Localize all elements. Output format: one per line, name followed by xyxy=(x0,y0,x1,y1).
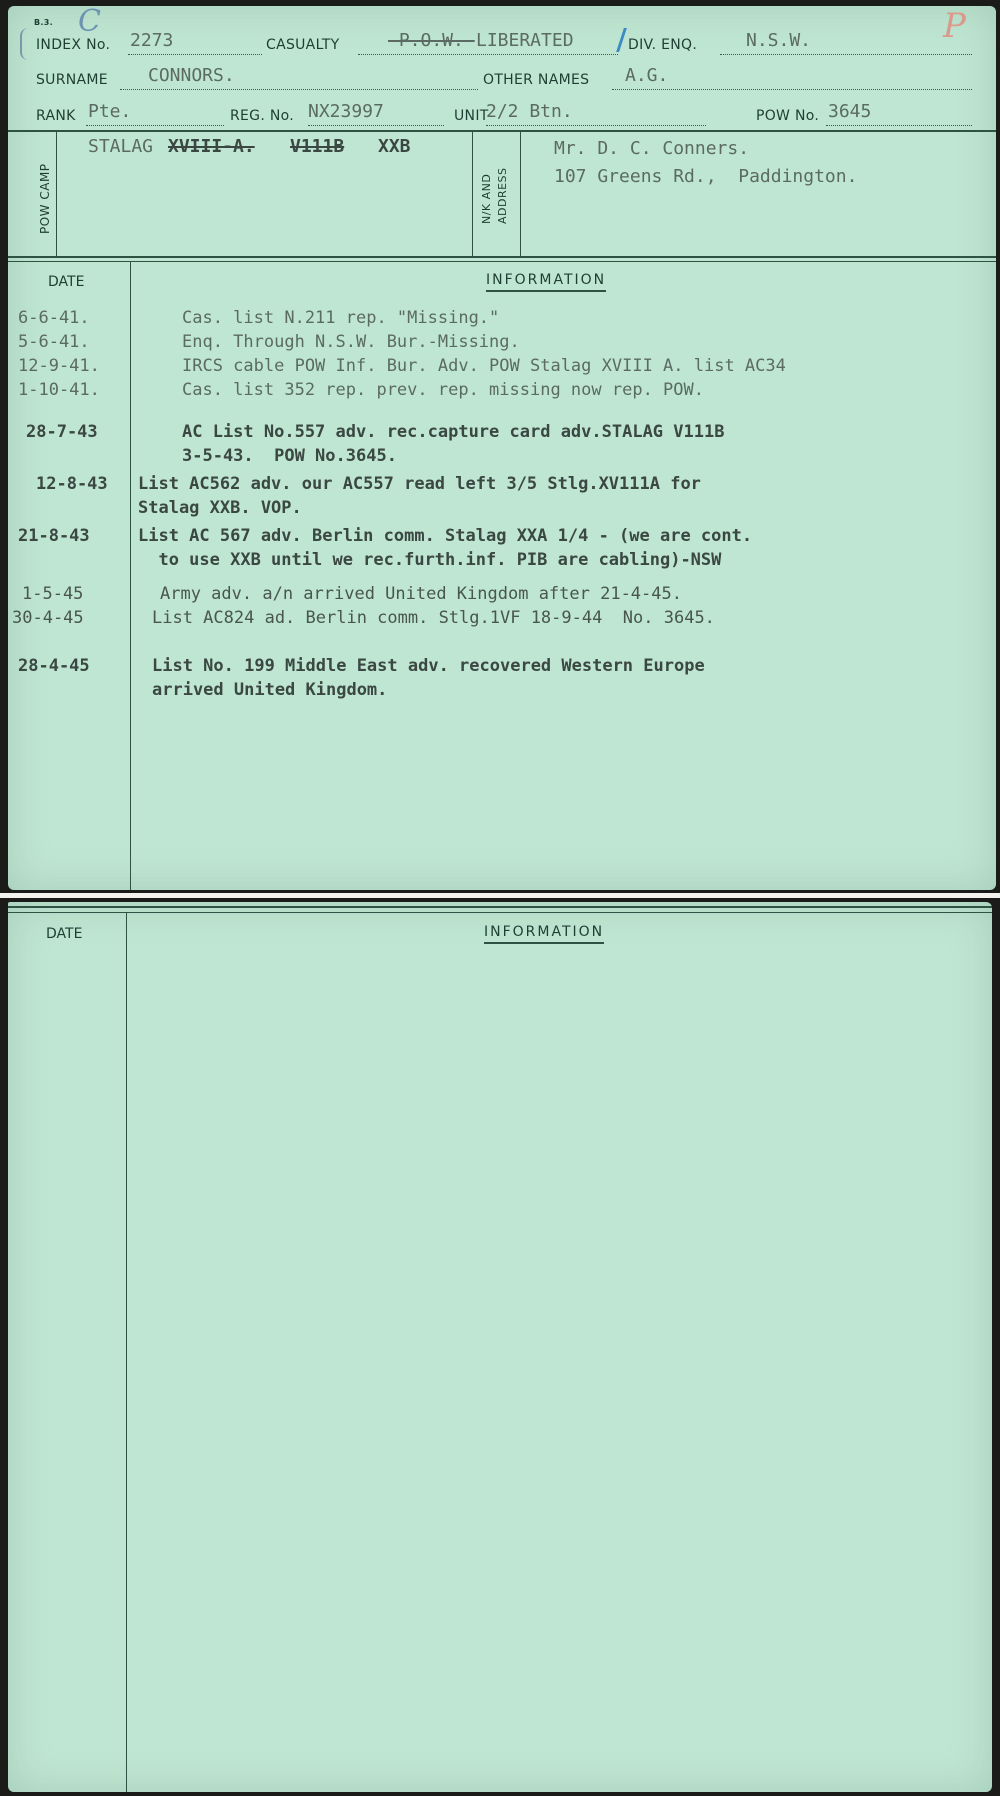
entry-date: 28-4-45 xyxy=(18,656,90,676)
index-no-value: 2273 xyxy=(130,30,173,51)
entry-text: Enq. Through N.S.W. Bur.-Missing. xyxy=(182,332,520,352)
rank-label: RANK xyxy=(36,108,76,124)
nok-address-line-2: 107 Greens Rd., Paddington. xyxy=(554,166,857,187)
nok-label-line1: N/K AND xyxy=(480,174,493,224)
handwritten-bracket xyxy=(20,28,32,60)
other-names-label: OTHER NAMES xyxy=(483,72,589,88)
pow-no-label: POW No. xyxy=(756,108,819,124)
entry-text: Cas. list 352 rep. prev. rep. missing no… xyxy=(182,380,704,400)
handwritten-letter-c: C xyxy=(78,4,101,39)
information-column-header: INFORMATION xyxy=(486,272,606,292)
entry-text: List No. 199 Middle East adv. recovered … xyxy=(152,656,705,676)
unit-label: UNIT xyxy=(454,108,489,124)
entry-date: 1-5-45 xyxy=(22,584,83,604)
entry-text: 3-5-43. POW No.3645. xyxy=(182,446,397,466)
nok-label-line2: ADDRESS xyxy=(496,167,509,224)
handwritten-letter-p: P xyxy=(943,6,966,46)
back-date-column-header: DATE xyxy=(46,926,82,942)
date-column-header: DATE xyxy=(48,274,84,290)
other-names-value: A.G. xyxy=(625,65,668,86)
pow-camp-struck-2: V111B xyxy=(290,136,344,157)
entry-text: Stalag XXB. VOP. xyxy=(138,498,302,518)
entry-date: 28-7-43 xyxy=(26,422,98,442)
index-card-front: B.3. C P INDEX No. 2273 CASUALTY -P.O.W.… xyxy=(8,6,996,890)
nok-address-line-1: Mr. D. C. Conners. xyxy=(554,138,749,159)
entry-text: List AC562 adv. our AC557 read left 3/5 … xyxy=(138,474,701,494)
form-code: B.3. xyxy=(34,18,53,27)
reg-no-value: NX23997 xyxy=(308,101,384,122)
entry-date: 21-8-43 xyxy=(18,526,90,546)
reg-no-label: REG. No. xyxy=(230,108,294,124)
entry-text: to use XXB until we rec.furth.inf. PIB a… xyxy=(138,550,721,570)
entry-text: IRCS cable POW Inf. Bur. Adv. POW Stalag… xyxy=(182,356,786,376)
entry-date: 1-10-41. xyxy=(18,380,100,400)
index-card-back: DATE INFORMATION xyxy=(8,902,992,1792)
entry-text: Cas. list N.211 rep. "Missing." xyxy=(182,308,499,328)
casualty-value: LIBERATED xyxy=(476,30,574,51)
entry-date: 5-6-41. xyxy=(18,332,90,352)
casualty-label: CASUALTY xyxy=(266,37,339,53)
div-enq-label: DIV. ENQ. xyxy=(628,37,697,53)
entry-date: 12-9-41. xyxy=(18,356,100,376)
pow-camp-label: POW CAMP xyxy=(38,163,52,234)
entry-date: 30-4-45 xyxy=(12,608,84,628)
pow-camp-current: XXB xyxy=(378,136,411,157)
pow-camp-prefix: STALAG xyxy=(88,136,153,157)
entry-text: AC List No.557 adv. rec.capture card adv… xyxy=(182,422,724,442)
entry-date: 6-6-41. xyxy=(18,308,90,328)
rank-value: Pte. xyxy=(88,101,131,122)
entry-text: arrived United Kingdom. xyxy=(152,680,387,700)
blue-slash-mark xyxy=(616,28,627,52)
entry-text: List AC824 ad. Berlin comm. Stlg.1VF 18-… xyxy=(152,608,715,628)
entry-text: List AC 567 adv. Berlin comm. Stalag XXA… xyxy=(138,526,752,546)
unit-value: 2/2 Btn. xyxy=(486,101,573,122)
card-separator xyxy=(0,893,1000,898)
div-enq-value: N.S.W. xyxy=(746,30,811,51)
casualty-struck-value: -P.O.W.- xyxy=(388,30,475,51)
surname-value: CONNORS. xyxy=(148,65,235,86)
pow-camp-struck-1: XVIII-A. xyxy=(168,136,255,157)
entry-text: Army adv. a/n arrived United Kingdom aft… xyxy=(160,584,682,604)
pow-no-value: 3645 xyxy=(828,101,871,122)
surname-label: SURNAME xyxy=(36,72,108,88)
back-information-column-header: INFORMATION xyxy=(484,924,604,944)
index-no-label: INDEX No. xyxy=(36,37,110,53)
entry-date: 12-8-43 xyxy=(36,474,108,494)
